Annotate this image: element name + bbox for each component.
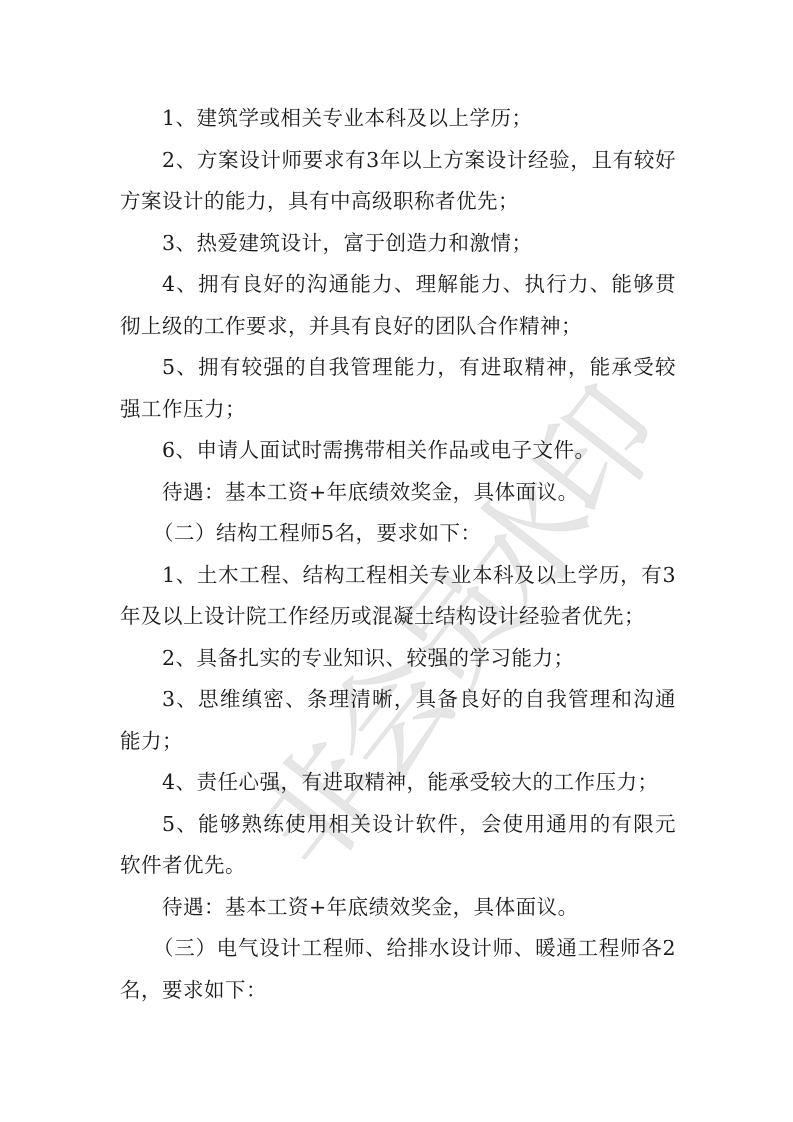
requirement-item-architecture-degree: 1、建筑学或相关专业本科及以上学历； — [120, 98, 676, 140]
requirement-item-passion: 3、热爱建筑设计，富于创造力和激情； — [120, 223, 676, 265]
requirement-item-logical-thinking: 3、思维缜密、条理清晰，具备良好的自我管理和沟通能力； — [120, 679, 676, 762]
requirement-item-self-management: 5、拥有较强的自我管理能力，有进取精神，能承受较强工作压力； — [120, 347, 676, 430]
requirement-item-communication: 4、拥有良好的沟通能力、理解能力、执行力、能够贯彻上级的工作要求，并具有良好的团… — [120, 264, 676, 347]
requirement-item-design-experience: 2、方案设计师要求有3年以上方案设计经验，且有较好方案设计的能力，具有中高级职称… — [120, 140, 676, 223]
section-heading-mep-engineers: （三）电气设计工程师、给排水设计师、暖通工程师各2名，要求如下： — [120, 928, 676, 1011]
salary-note-structural: 待遇：基本工资+年底绩效奖金，具体面议。 — [120, 887, 676, 929]
requirement-item-knowledge: 2、具备扎实的专业知识、较强的学习能力； — [120, 638, 676, 680]
requirement-item-software: 5、能够熟练使用相关设计软件，会使用通用的有限元软件者优先。 — [120, 804, 676, 887]
section-heading-structural-engineer: （二）结构工程师5名，要求如下： — [120, 513, 676, 555]
document-body: 1、建筑学或相关专业本科及以上学历； 2、方案设计师要求有3年以上方案设计经验，… — [120, 98, 676, 1011]
requirement-item-civil-degree: 1、土木工程、结构工程相关专业本科及以上学历，有3年及以上设计院工作经历或混凝土… — [120, 555, 676, 638]
salary-note-architect: 待遇：基本工资+年底绩效奖金，具体面议。 — [120, 472, 676, 514]
requirement-item-responsibility: 4、责任心强，有进取精神，能承受较大的工作压力； — [120, 762, 676, 804]
requirement-item-portfolio: 6、申请人面试时需携带相关作品或电子文件。 — [120, 430, 676, 472]
